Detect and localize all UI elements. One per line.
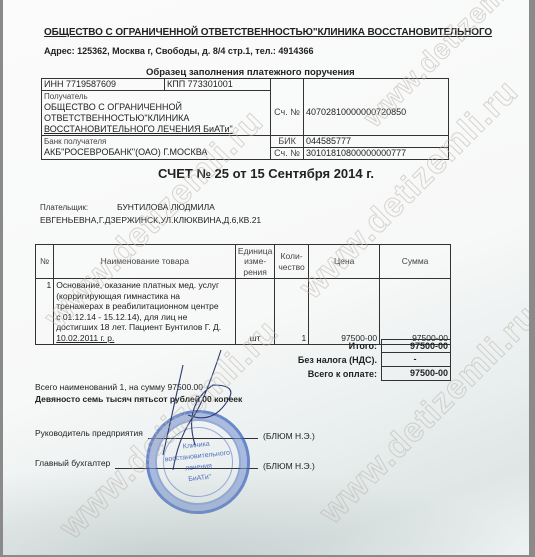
items-table: № Наименование товара Единица изме-рения… [35,244,451,345]
organization-name: ОБЩЕСТВО С ОГРАНИЧЕННОЙ ОТВЕТСТВЕННОСТЬЮ… [44,27,492,38]
total-label: Итого: [203,341,381,351]
row-name-line: достигших 18 лет. Пациент Бунтилов Г. Д. [56,322,233,333]
row-name-line: (корригирующая гимнастика на [56,291,233,302]
due-value: 97500-00 [381,367,451,381]
bik-label: БИК [271,136,304,148]
invoice-document: ОБЩЕСТВО С ОГРАНИЧЕННОЙ ОТВЕТСТВЕННОСТЬЮ… [3,0,529,555]
row-name: Основание, оказание платных мед. услуг (… [54,279,236,345]
recipient-cell: Получатель ОБЩЕСТВО С ОГРАНИЧЕННОЙ ОТВЕТ… [42,91,271,136]
director-label: Руководитель предприятия [35,428,143,438]
total-row: Итого: 97500-00 [203,339,451,353]
header-sum: Сумма [380,245,451,279]
kpp-cell: КПП 773301001 [165,79,271,91]
row-sum: 97500-00 [380,279,451,345]
bank-details-table: ИНН 7719587609 КПП 773301001 Получатель … [41,78,449,160]
invoice-title: СЧЕТ № 25 от 15 Сентября 2014 г. [3,166,529,181]
bik-value: 044585777 [304,136,449,148]
recipient-label: Получатель [44,91,268,102]
table-row: 1 Основание, оказание платных мед. услуг… [36,279,451,345]
bank-label: Банк получателя [44,136,268,147]
due-label: Всего к оплате: [203,369,381,379]
corr-account-value: 30101810800000000777 [304,148,449,160]
bank-name: АКБ"РОСЕВРОБАНК"(ОАО) Г.МОСКВА [44,147,268,158]
bank-cell: Банк получателя АКБ"РОСЕВРОБАНК"(ОАО) Г.… [42,136,271,160]
amount-in-words: Девяносто семь тысяч пятьсот рублей 00 к… [35,394,242,404]
payer-address: ЕВГЕНЬЕВНА,Г.ДЗЕРЖИНСК,УЛ.КЛЮКВИНА,Д.6,К… [40,214,261,226]
totals-block: Итого: 97500-00 Без налога (НДС). - Всег… [203,339,451,381]
row-num: 1 [36,279,54,345]
due-row: Всего к оплате: 97500-00 [203,367,451,381]
recipient-line: ВОССТАНОВИТЕЛЬНОГО ЛЕЧЕНИЯ БиАТи" [44,124,268,135]
row-qty: 1 [274,279,308,345]
row-unit: шт [236,279,274,345]
row-name-line: Основание, оказание платных мед. услуг [56,280,233,291]
row-price: 97500-00 [309,279,380,345]
account-label: Сч. № [271,91,304,136]
header-name: Наименование товара [54,245,236,279]
payer-label: Плательщик: [40,202,117,214]
director-name: (БЛЮМ Н.Э.) [263,431,315,441]
row-name-line: с 01.12.14 - 15.12.14), для лиц не [56,312,233,323]
payer-block: Плательщик:БУНТИЛОВА ЛЮДМИЛА ЕВГЕНЬЕВНА,… [40,201,261,226]
inn-cell: ИНН 7719587609 [42,79,165,91]
recipient-line: ОБЩЕСТВО С ОГРАНИЧЕННОЙ [44,102,268,113]
header-price: Цена [309,245,380,279]
header-unit: Единица изме-рения [236,245,274,279]
payer-name: БУНТИЛОВА ЛЮДМИЛА [117,202,215,212]
row-name-line: тренажерах в реабилитационном центре [56,301,233,312]
summary-count: Всего наименований 1, на сумму 97500.00 [35,382,203,392]
company-stamp: Клиника восстановительного лечения БиАТи… [141,405,255,519]
tax-value: - [381,353,451,367]
accountant-name: (БЛЮМ Н.Э.) [263,461,315,471]
total-value: 97500-00 [381,339,451,353]
header-num: № [36,245,54,279]
tax-label: Без налога (НДС). [203,355,381,365]
account-number: 40702810000000720850 [304,91,449,136]
tax-row: Без налога (НДС). - [203,353,451,367]
payment-sample-title: Образец заполнения платежного поручения [146,67,355,78]
corr-account-label: Сч. № [271,148,304,160]
accountant-label: Главный бухгалтер [35,458,110,468]
recipient-line: ОТВЕТСТВЕННОСТЬЮ"КЛИНИКА [44,113,268,124]
header-qty: Коли-чество [274,245,308,279]
organization-address: Адрес: 125362, Москва г, Свободы, д. 8/4… [44,46,313,56]
